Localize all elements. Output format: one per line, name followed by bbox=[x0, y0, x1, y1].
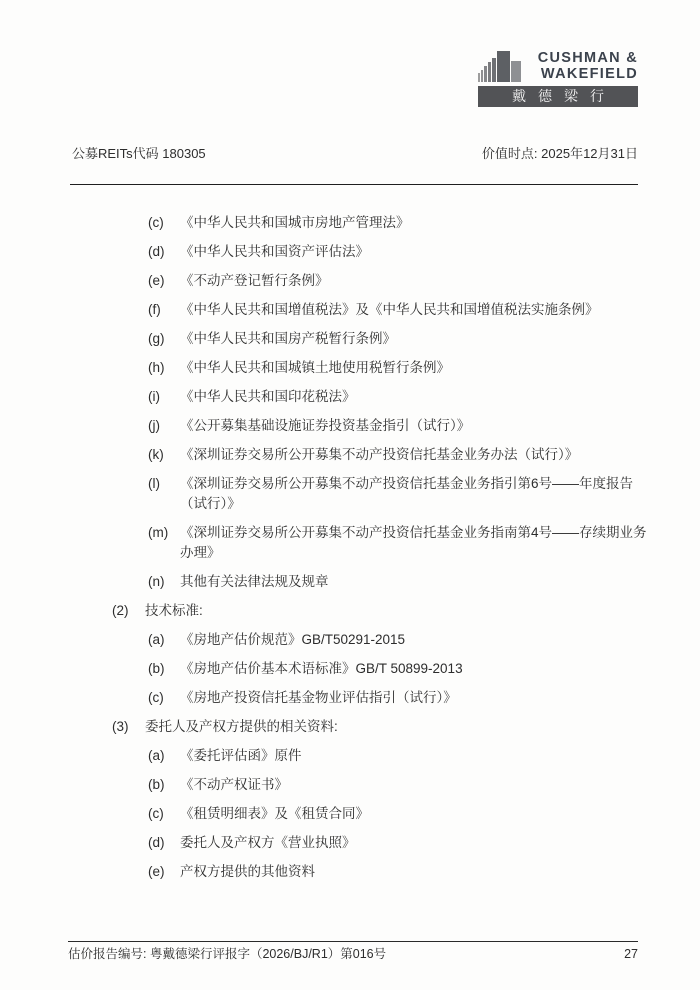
reit-code: 公募REITs代码 180305 bbox=[72, 145, 206, 163]
list-item-label: (d) bbox=[148, 833, 180, 853]
list-item-label: (g) bbox=[148, 329, 180, 349]
list-item-label: (e) bbox=[148, 271, 180, 291]
list-item-text: 《房地产估价规范》GB/T50291-2015 bbox=[180, 630, 660, 650]
list-item-label: (d) bbox=[148, 242, 180, 262]
list-item-label: (b) bbox=[148, 775, 180, 795]
list-item-text: 《中华人民共和国城市房地产管理法》 bbox=[180, 213, 660, 233]
page-header: 公募REITs代码 180305 价值时点: 2025年12月31日 bbox=[72, 145, 638, 163]
list-item: (e)产权方提供的其他资料 bbox=[72, 862, 660, 882]
page-number: 27 bbox=[624, 946, 638, 963]
list-item: (g)《中华人民共和国房产税暂行条例》 bbox=[72, 329, 660, 349]
list-item: (i)《中华人民共和国印花税法》 bbox=[72, 387, 660, 407]
list-item: (j)《公开募集基础设施证券投资基金指引（试行）》 bbox=[72, 416, 660, 436]
list-item-label: (b) bbox=[148, 659, 180, 679]
list-item-label: (a) bbox=[148, 630, 180, 650]
list-item: (b)《房地产估价基本术语标准》GB/T 50899-2013 bbox=[72, 659, 660, 679]
report-number: 估价报告编号: 粤戴德梁行评报字（2026/BJ/R1）第016号 bbox=[68, 946, 386, 963]
list-item: (c)《中华人民共和国城市房地产管理法》 bbox=[72, 213, 660, 233]
list-item-text: 《房地产投资信托基金物业评估指引（试行）》 bbox=[180, 688, 660, 708]
list-item: (f)《中华人民共和国增值税法》及《中华人民共和国增值税法实施条例》 bbox=[72, 300, 660, 320]
list-item-label: (n) bbox=[148, 572, 180, 592]
list-item: (e)《不动产登记暂行条例》 bbox=[72, 271, 660, 291]
list-item-text: 《中华人民共和国增值税法》及《中华人民共和国增值税法实施条例》 bbox=[180, 300, 660, 320]
list-item-text: 《房地产估价基本术语标准》GB/T 50899-2013 bbox=[180, 659, 660, 679]
list-item-text: 《深圳证券交易所公开募集不动产投资信托基金业务办法（试行）》 bbox=[180, 445, 660, 465]
list-item-text: 《不动产登记暂行条例》 bbox=[180, 271, 660, 291]
list-item: (3)委托人及产权方提供的相关资料: bbox=[72, 717, 660, 737]
list-item-text: 《公开募集基础设施证券投资基金指引（试行）》 bbox=[180, 416, 660, 436]
list-item-label: (l) bbox=[148, 474, 180, 514]
list-item: (a)《委托评估函》原件 bbox=[72, 746, 660, 766]
list-item-text: 《中华人民共和国资产评估法》 bbox=[180, 242, 660, 262]
list-item-text: 《中华人民共和国房产税暂行条例》 bbox=[180, 329, 660, 349]
list-item-text: 委托人及产权方《营业执照》 bbox=[180, 833, 660, 853]
reference-list: (c)《中华人民共和国城市房地产管理法》(d)《中华人民共和国资产评估法》(e)… bbox=[72, 213, 660, 891]
list-item: (l)《深圳证券交易所公开募集不动产投资信托基金业务指引第6号——年度报告（试行… bbox=[72, 474, 660, 514]
list-item-label: (3) bbox=[112, 717, 145, 737]
list-item-text: 委托人及产权方提供的相关资料: bbox=[145, 717, 660, 737]
list-item-label: (a) bbox=[148, 746, 180, 766]
list-item: (b)《不动产权证书》 bbox=[72, 775, 660, 795]
list-item: (c)《租赁明细表》及《租赁合同》 bbox=[72, 804, 660, 824]
list-item-label: (e) bbox=[148, 862, 180, 882]
list-item-text: 《租赁明细表》及《租赁合同》 bbox=[180, 804, 660, 824]
list-item: (m)《深圳证券交易所公开募集不动产投资信托基金业务指南第4号——存续期业务办理… bbox=[72, 523, 660, 563]
list-item-text: 《中华人民共和国印花税法》 bbox=[180, 387, 660, 407]
list-item: (c)《房地产投资信托基金物业评估指引（试行）》 bbox=[72, 688, 660, 708]
list-item: (2)技术标准: bbox=[72, 601, 660, 621]
valuation-date: 价值时点: 2025年12月31日 bbox=[482, 145, 638, 163]
logo-wordmark: CUSHMAN & WAKEFIELD bbox=[538, 51, 638, 82]
list-item-text: 技术标准: bbox=[145, 601, 660, 621]
list-item-label: (i) bbox=[148, 387, 180, 407]
list-item-label: (c) bbox=[148, 213, 180, 233]
logo-wordmark-line1: CUSHMAN & bbox=[538, 50, 638, 66]
list-item-text: 《委托评估函》原件 bbox=[180, 746, 660, 766]
list-item: (h)《中华人民共和国城镇土地使用税暂行条例》 bbox=[72, 358, 660, 378]
list-item-text: 《中华人民共和国城镇土地使用税暂行条例》 bbox=[180, 358, 660, 378]
logo-wordmark-line2: WAKEFIELD bbox=[541, 66, 638, 82]
list-item-label: (2) bbox=[112, 601, 145, 621]
list-item-label: (c) bbox=[148, 688, 180, 708]
list-item: (d)《中华人民共和国资产评估法》 bbox=[72, 242, 660, 262]
logo-top: CUSHMAN & WAKEFIELD bbox=[478, 44, 638, 82]
building-icon bbox=[478, 50, 521, 82]
list-item-label: (j) bbox=[148, 416, 180, 436]
list-item: (k)《深圳证券交易所公开募集不动产投资信托基金业务办法（试行）》 bbox=[72, 445, 660, 465]
list-item-label: (c) bbox=[148, 804, 180, 824]
list-item: (n)其他有关法律法规及规章 bbox=[72, 572, 660, 592]
logo-cjk-bar: 戴德梁行 bbox=[478, 86, 638, 107]
list-item: (a)《房地产估价规范》GB/T50291-2015 bbox=[72, 630, 660, 650]
list-item-text: 《深圳证券交易所公开募集不动产投资信托基金业务指南第4号——存续期业务办理》 bbox=[180, 523, 660, 563]
list-item: (d)委托人及产权方《营业执照》 bbox=[72, 833, 660, 853]
list-item-text: 产权方提供的其他资料 bbox=[180, 862, 660, 882]
list-item-text: 《深圳证券交易所公开募集不动产投资信托基金业务指引第6号——年度报告（试行）》 bbox=[180, 474, 660, 514]
list-item-label: (m) bbox=[148, 523, 180, 563]
document-page: CUSHMAN & WAKEFIELD 戴德梁行 公募REITs代码 18030… bbox=[0, 0, 700, 990]
page-footer: 估价报告编号: 粤戴德梁行评报字（2026/BJ/R1）第016号 27 bbox=[68, 941, 638, 963]
list-item-label: (k) bbox=[148, 445, 180, 465]
list-item-text: 《不动产权证书》 bbox=[180, 775, 660, 795]
list-item-text: 其他有关法律法规及规章 bbox=[180, 572, 660, 592]
list-item-label: (h) bbox=[148, 358, 180, 378]
header-divider bbox=[70, 184, 638, 185]
list-item-label: (f) bbox=[148, 300, 180, 320]
logo: CUSHMAN & WAKEFIELD 戴德梁行 bbox=[478, 44, 638, 107]
